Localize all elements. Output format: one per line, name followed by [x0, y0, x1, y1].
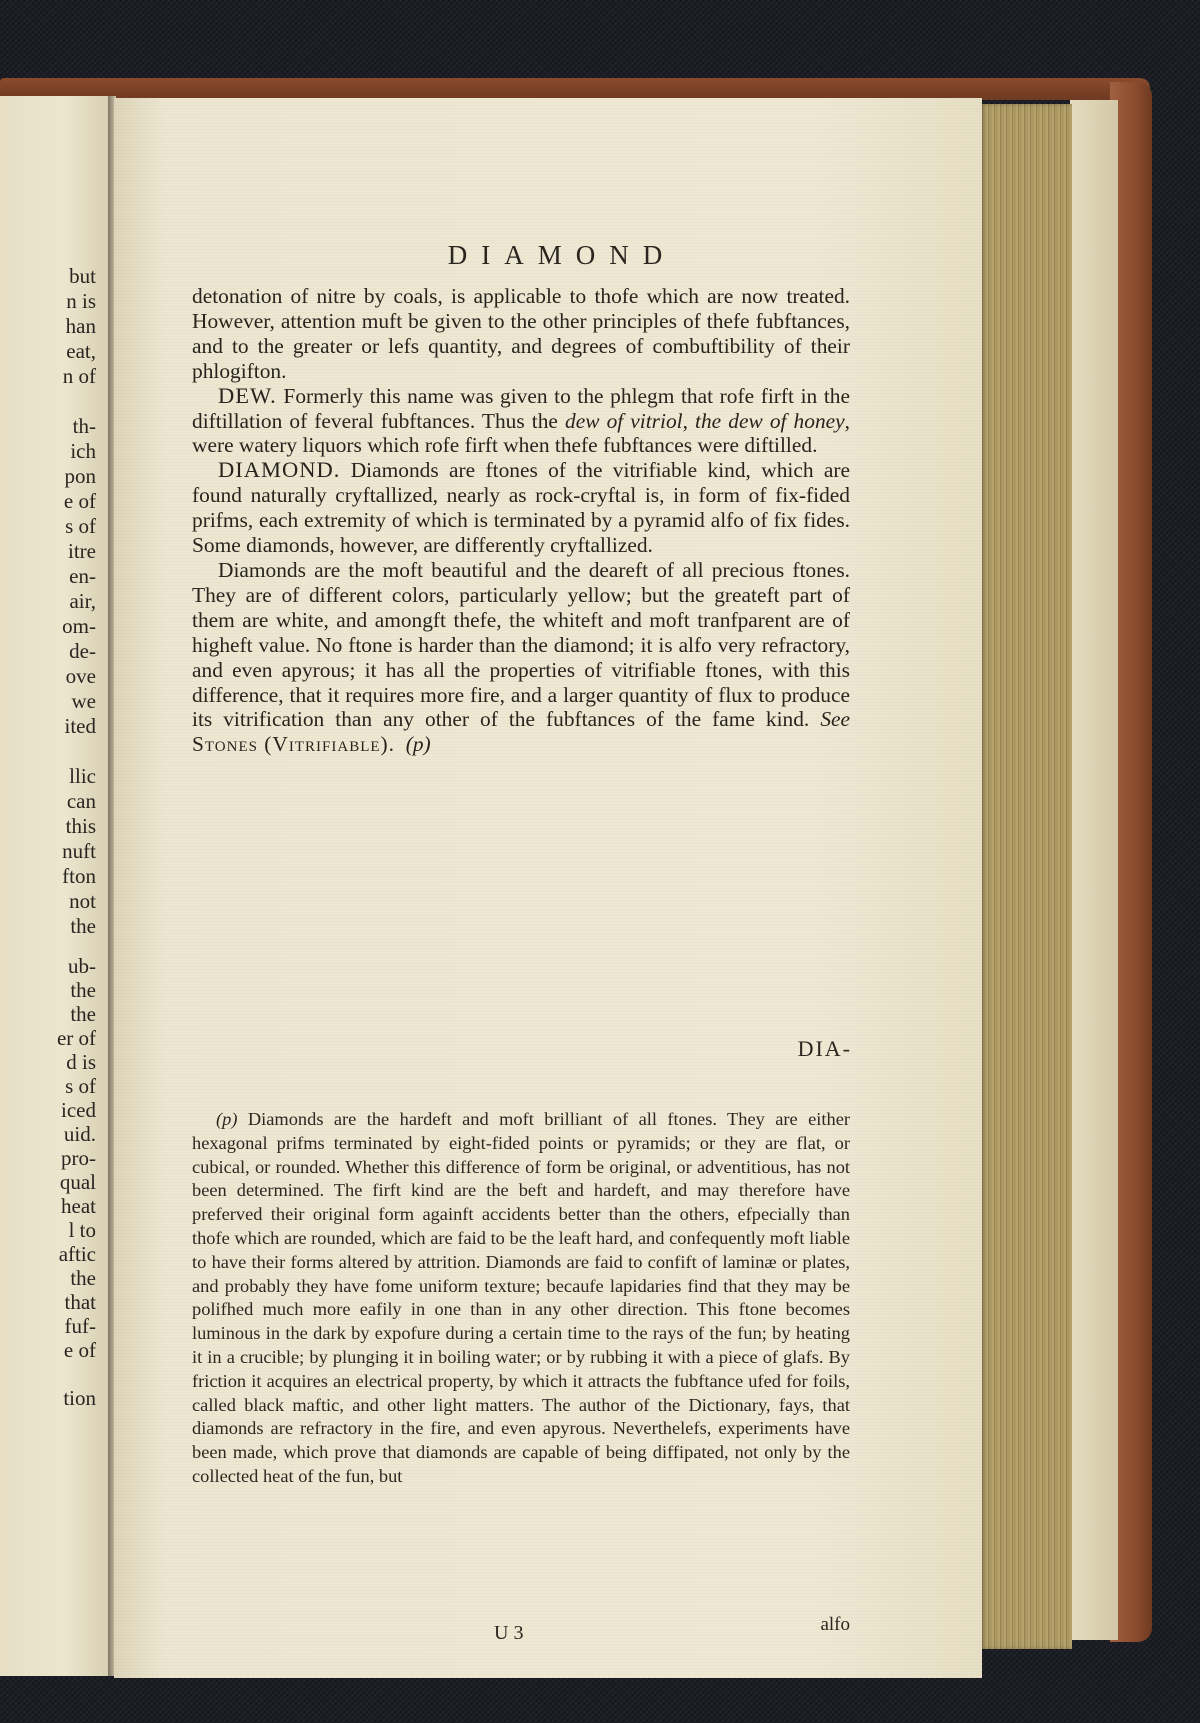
entry-diamond: DIAMOND. Diamonds are ftones of the vitr… [192, 458, 850, 558]
footnote-catchword: alfo [820, 1614, 850, 1636]
left-page-line-fragment: qual [60, 1170, 96, 1194]
left-page-line-fragment: but [69, 264, 96, 288]
left-page-line-fragment: itre [68, 539, 96, 563]
left-page-line-fragment: han [66, 314, 96, 338]
main-text: detonation of nitre by coals, is applica… [192, 284, 850, 757]
paragraph-continuation: detonation of nitre by coals, is applica… [192, 284, 850, 384]
book-cover-top-edge [0, 78, 1150, 100]
left-page-line-fragment: l to [69, 1218, 96, 1242]
left-page-line-fragment: the [70, 1002, 96, 1026]
footnote-mark: (p) [216, 1109, 237, 1129]
see-reference: See [820, 707, 850, 731]
headword-diamond: DIAMOND. [218, 457, 340, 482]
left-page-line-fragment: en- [69, 564, 96, 588]
left-page-line-fragment: ich [70, 439, 96, 463]
left-page-line-fragment: the [70, 914, 96, 938]
left-page: butn ishaneat,n ofth-ichpone ofs ofitree… [0, 96, 110, 1676]
left-page-line-fragment: om- [62, 614, 96, 638]
left-page-line-fragment: ove [66, 664, 96, 688]
left-page-line-fragment: we [72, 689, 97, 713]
left-page-line-fragment: e of [64, 489, 96, 513]
footnote: (p) Diamonds are the hardeft and moft br… [192, 1108, 850, 1489]
left-page-line-fragment: iced [61, 1098, 96, 1122]
endpaper [1070, 100, 1118, 1640]
left-page-line-fragment: fton [62, 864, 96, 888]
left-page-line-fragment: pon [65, 464, 97, 488]
left-page-line-fragment: the [70, 1266, 96, 1290]
left-page-line-fragment: n of [63, 364, 96, 388]
left-page-line-fragment: d is [66, 1050, 96, 1074]
left-page-line-fragment: nuft [62, 839, 96, 863]
left-page-line-fragment: s of [65, 514, 96, 538]
left-page-line-fragment: heat [61, 1194, 96, 1218]
paragraph-diamond-properties: Diamonds are the moft beautiful and the … [192, 558, 850, 757]
entry-dew: DEW. Formerly this name was given to the… [192, 384, 850, 459]
left-page-line-fragment: uid. [64, 1122, 96, 1146]
running-head: DIAMOND [114, 240, 982, 271]
left-page-line-fragment: eat, [66, 339, 96, 363]
left-page-line-fragment: s of [65, 1074, 96, 1098]
left-page-line-fragment: llic [69, 764, 96, 788]
left-page-line-fragment: er of [57, 1026, 96, 1050]
left-page-line-fragment: pro- [61, 1146, 96, 1170]
left-page-line-fragment: fuf- [65, 1314, 96, 1338]
left-page-line-fragment: can [67, 789, 96, 813]
page-fore-edge [980, 104, 1072, 1649]
left-page-line-fragment: the [70, 978, 96, 1002]
left-page-line-fragment: not [69, 889, 96, 913]
signature-mark: U 3 [494, 1622, 523, 1645]
left-page-line-fragment: this [66, 814, 96, 838]
cross-reference: Stones (Vitrifiable). [192, 732, 395, 756]
headword-dew: DEW. [218, 383, 277, 408]
left-page-line-fragment: e of [64, 1338, 96, 1362]
left-page-line-fragment: ited [65, 714, 97, 738]
left-page-line-fragment: n is [66, 289, 96, 313]
left-page-line-fragment: tion [63, 1386, 96, 1410]
right-page: DIAMOND detonation of nitre by coals, is… [114, 98, 982, 1678]
left-page-line-fragment: th- [73, 414, 96, 438]
footnote-mark: (p) [406, 732, 431, 756]
left-page-line-fragment: air, [69, 589, 96, 613]
left-page-line-fragment: ub- [68, 954, 96, 978]
left-page-line-fragment: aftic [59, 1242, 96, 1266]
left-page-line-fragment: de- [69, 639, 96, 663]
catchword: DIA- [798, 1036, 852, 1062]
left-page-line-fragment: that [65, 1290, 97, 1314]
